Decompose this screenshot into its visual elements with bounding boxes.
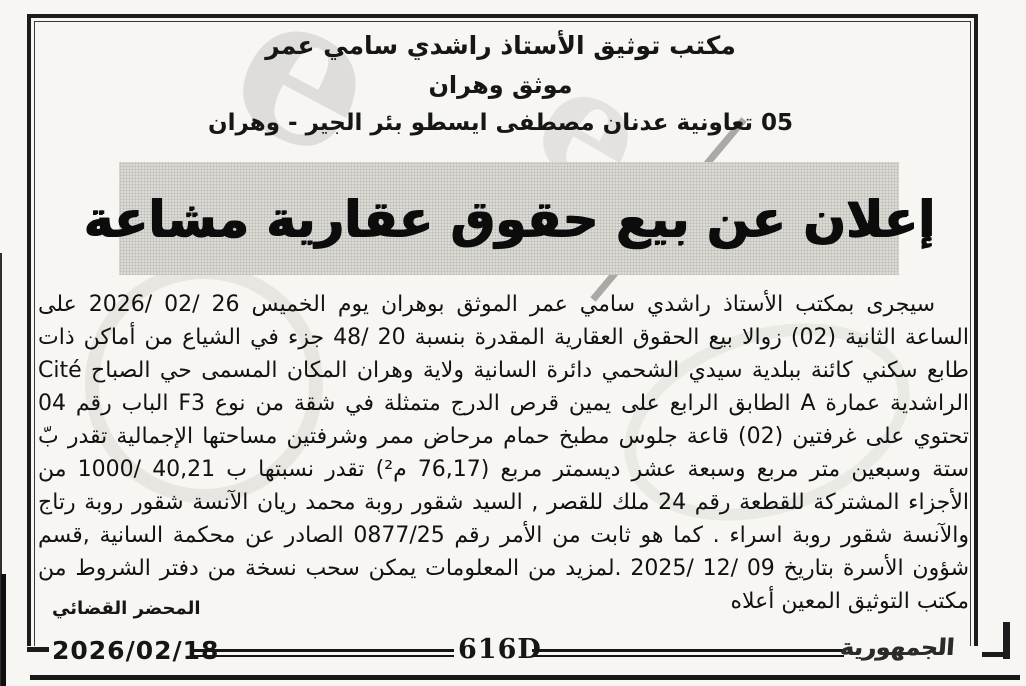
notary-address: 05 تعاونية عدنان مصطفى ايسطو بئر الجير -… xyxy=(27,104,974,142)
announcement-title: إعلان عن بيع حقوق عقارية مشاعة xyxy=(83,190,934,248)
frame-bottom-left-corner xyxy=(27,647,49,652)
newspaper-logo: الجمهورية xyxy=(848,635,955,661)
announcement-title-band: إعلان عن بيع حقوق عقارية مشاعة xyxy=(119,162,899,275)
announcement-body: سيجرى بمكتب الأستاذ راشدي سامي عمر الموث… xyxy=(38,288,969,618)
page-bottom-rule xyxy=(30,675,1020,680)
notary-header: مكتب توثيق الأستاذ راشدي سامي عمر موثق و… xyxy=(27,26,974,142)
ad-reference-number: 616D xyxy=(458,634,542,665)
scanned-newspaper-ad-page: e e مكتب توثيق الأستاذ راشدي سامي عمر مو… xyxy=(0,0,1026,686)
notary-title: موثق وهران xyxy=(27,66,974,104)
footer-rule-right xyxy=(532,649,844,657)
signature-judicial-officer: المحضر القضائي xyxy=(52,598,201,619)
footer-rule-left xyxy=(194,649,454,657)
frame-bottom-right-corner-foot xyxy=(982,652,1010,657)
scan-edge-artifact xyxy=(1,574,6,686)
notary-office-name: مكتب توثيق الأستاذ راشدي سامي عمر xyxy=(27,26,974,66)
